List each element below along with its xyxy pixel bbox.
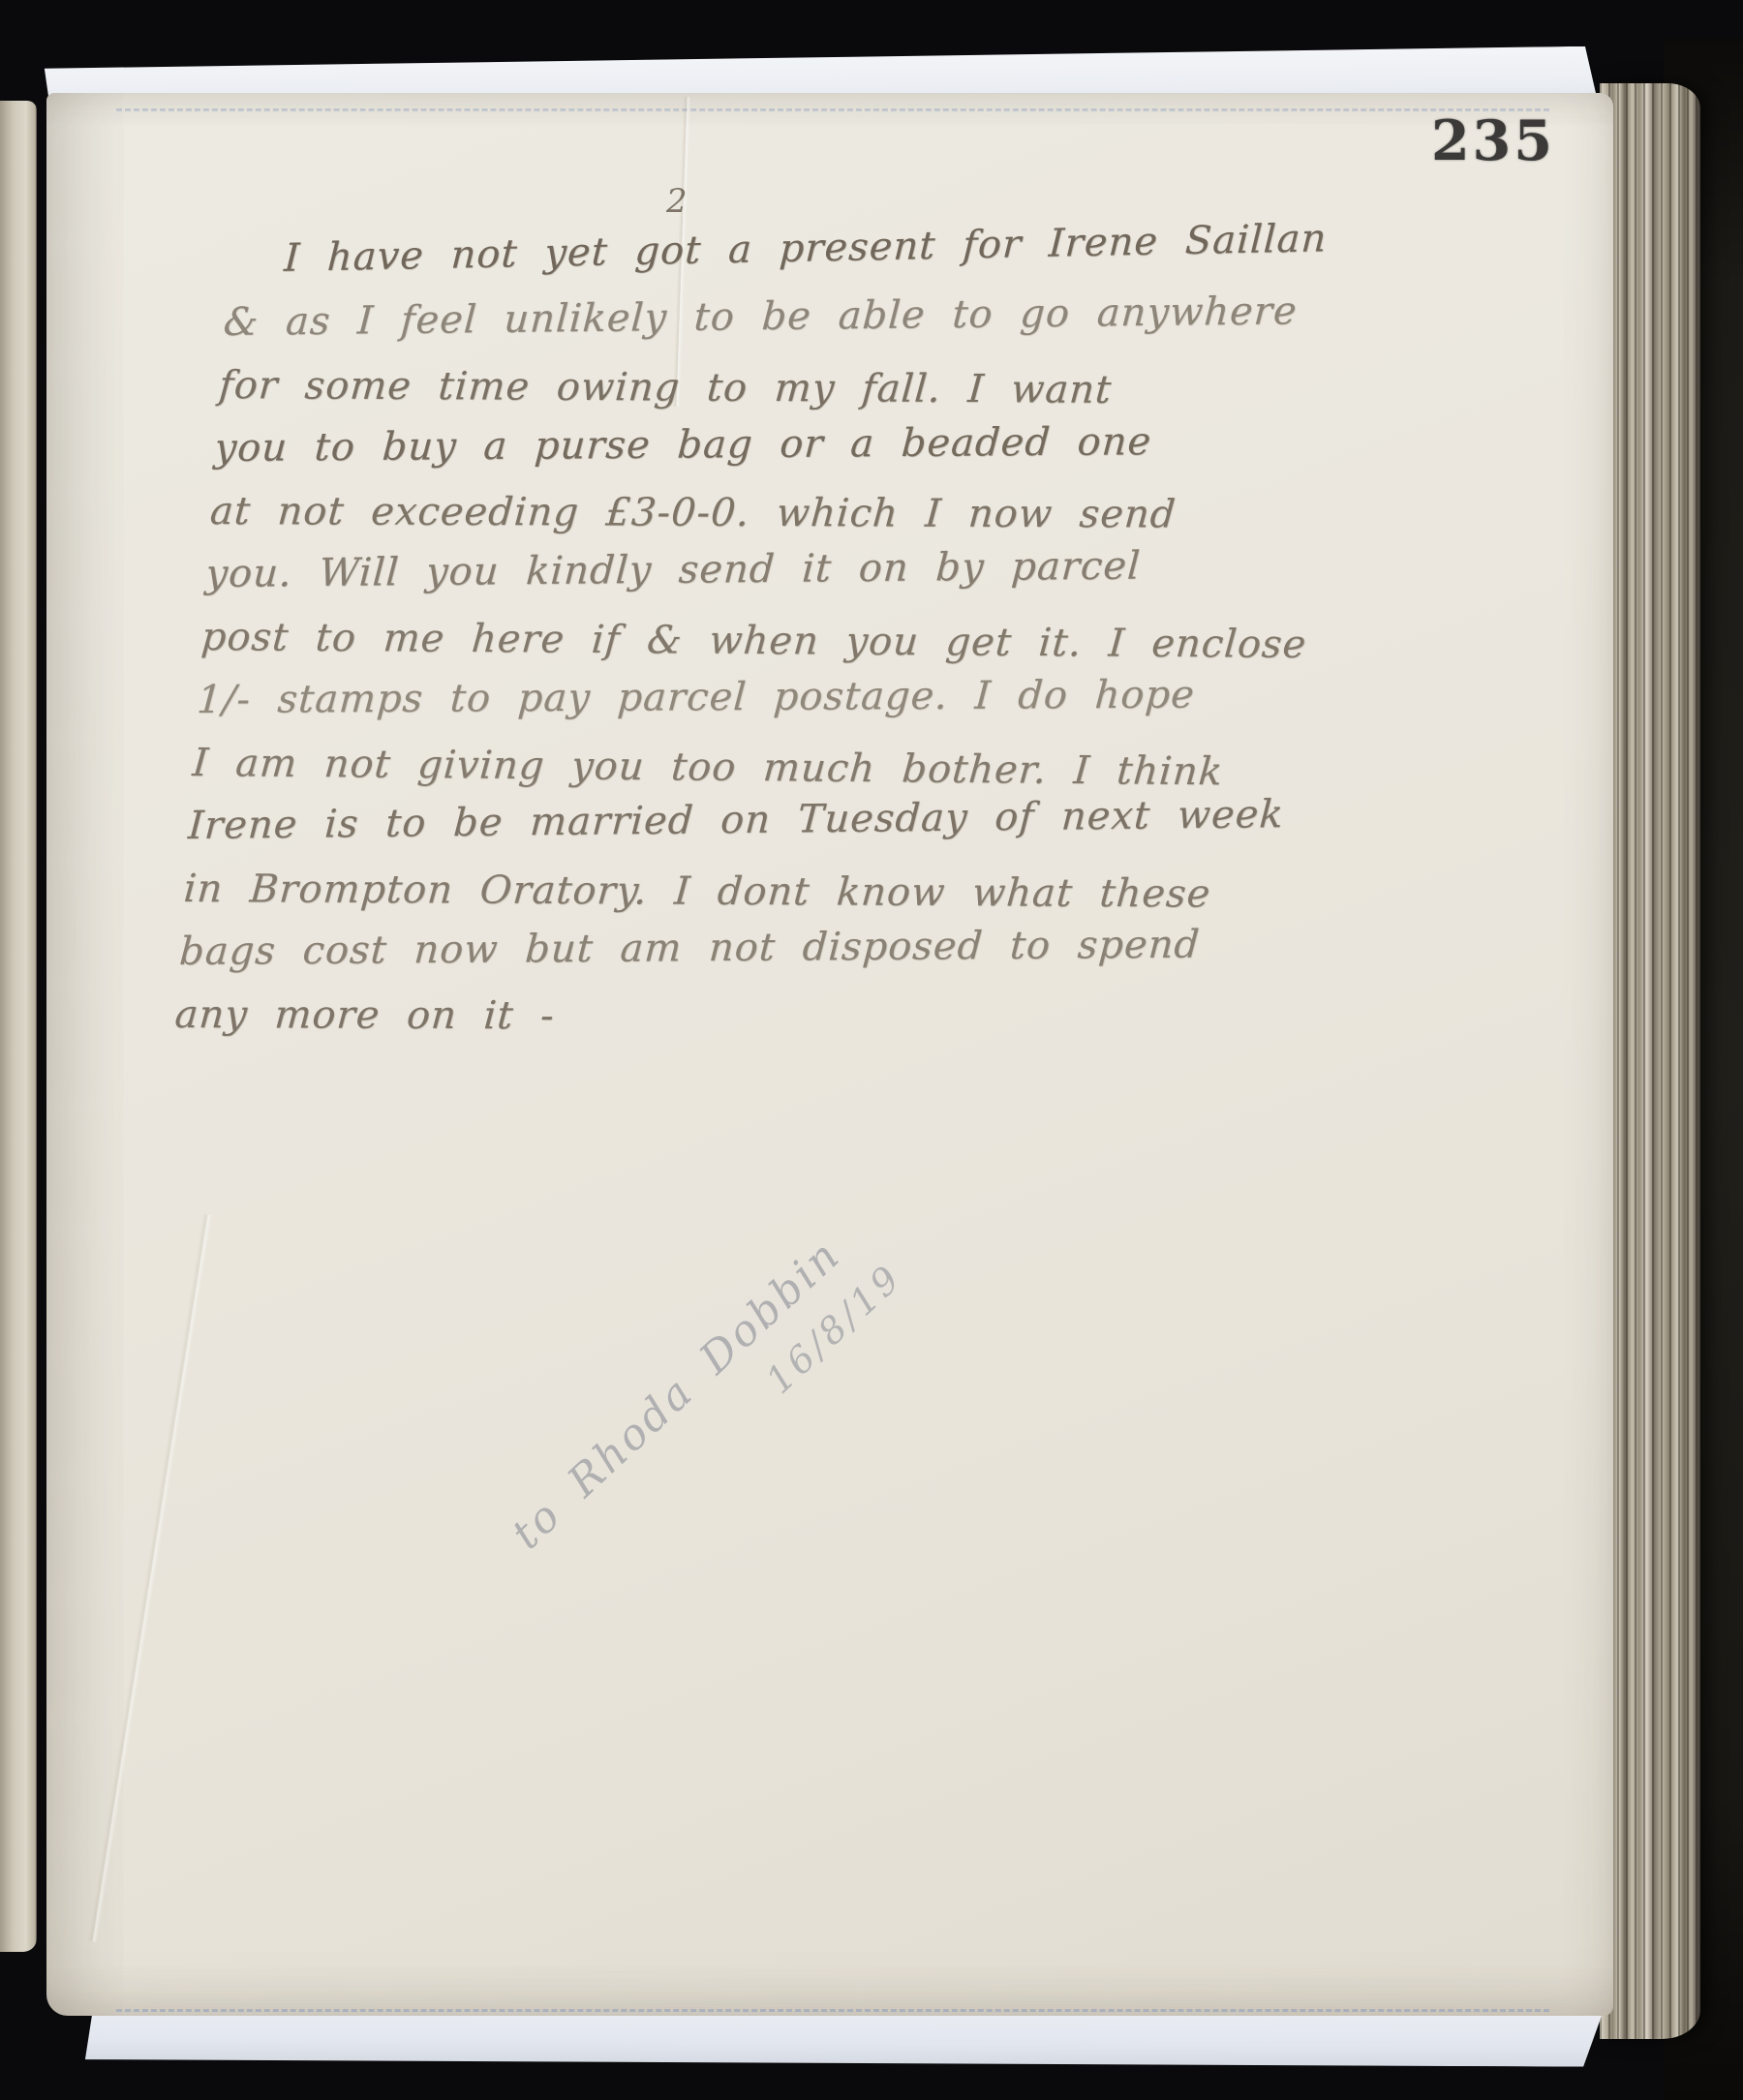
handwritten-letter-body: I have not yet got a present for Irene S… [172,228,1517,1047]
leaf-number: 2 [666,182,688,221]
facing-page-edge [0,101,37,1952]
manuscript-line: you to buy a purse bag or a beaded one [213,409,1506,480]
manuscript-line: & as I feel unlikely to be able to go an… [222,278,1514,354]
tissue-guard-bottom [85,2009,1602,2066]
manuscript-line: 1/- stamps to pay parcel postage. I do h… [195,662,1487,732]
manuscript-line: Irene is to be married on Tuesday of nex… [186,781,1479,858]
fore-edge-page-stack [1600,83,1700,2039]
manuscript-line: you. Will you kindly send it on by parce… [204,532,1497,606]
page-edge-speckle-bottom [116,2009,1549,2012]
page-edge-speckle-top [116,108,1549,111]
photographed-book-spread: 235 2 I have not yet got a present for I… [0,0,1743,2100]
manuscript-line: any more on it - [172,984,1464,1051]
manuscript-line: bags cost now but am not disposed to spe… [177,912,1470,984]
page-number-stamp: 235 [1431,108,1555,173]
